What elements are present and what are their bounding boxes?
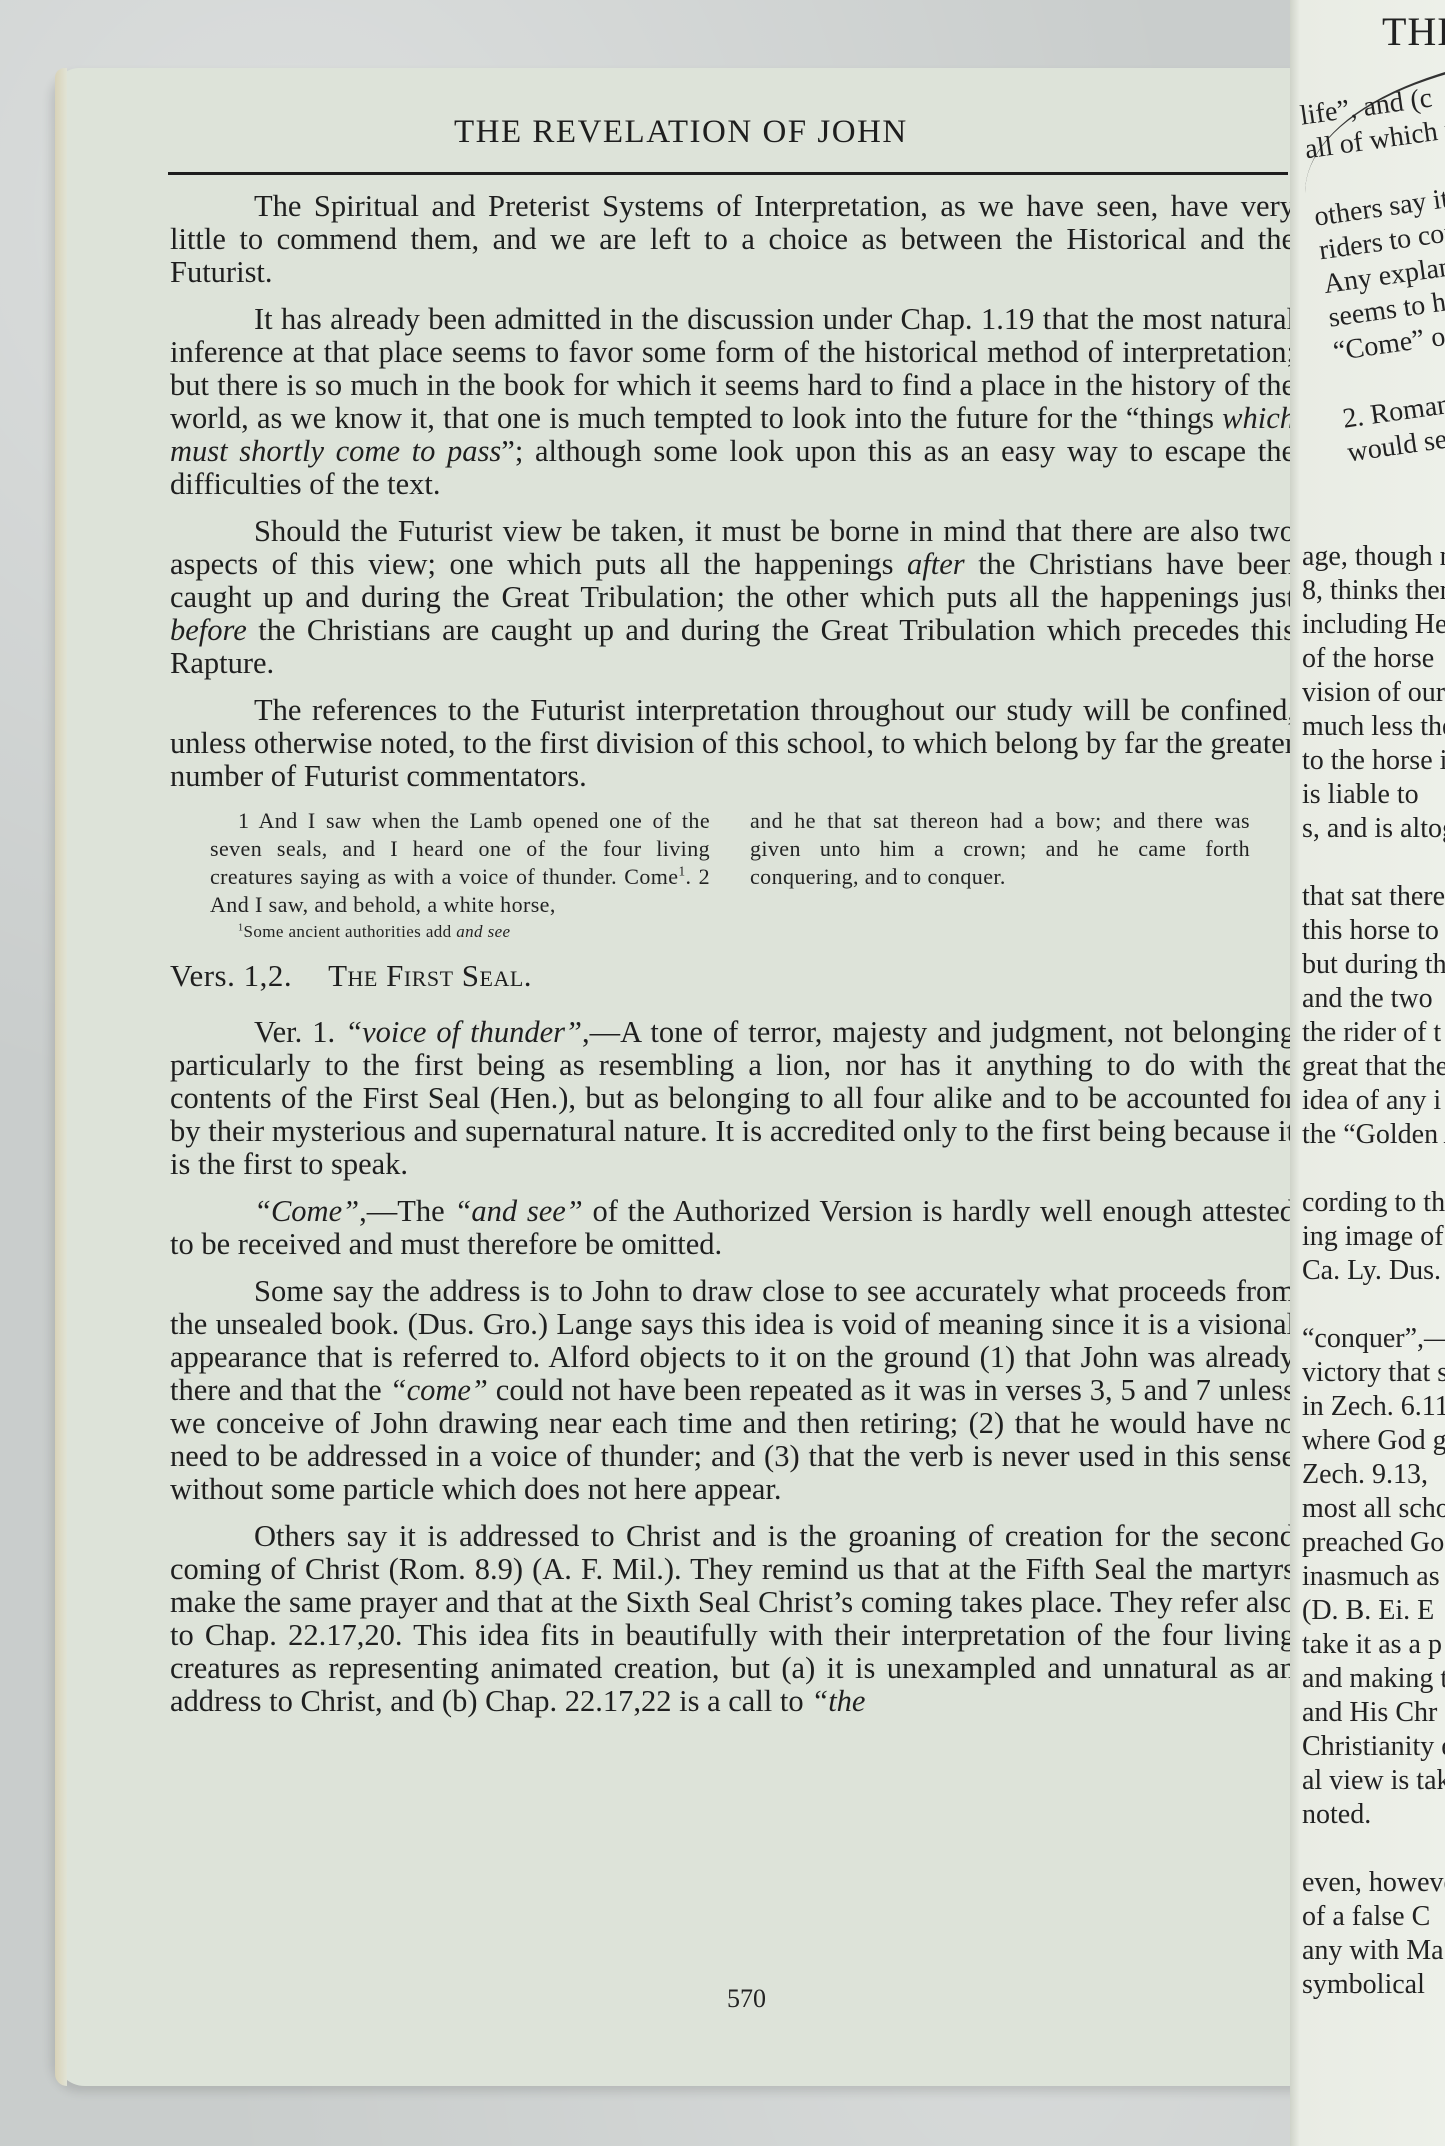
facing-page-line: that sat there bbox=[1302, 880, 1445, 914]
facing-page-line: and His Chr bbox=[1302, 1696, 1445, 1730]
facing-page-line: “conquer”,— bbox=[1302, 1322, 1445, 1356]
facing-page-line: 8, thinks them bbox=[1302, 574, 1445, 608]
italic-word: after bbox=[907, 547, 965, 581]
text-run: Others say it is addressed to Christ and… bbox=[170, 1519, 1295, 1718]
italic-quote: “and see” bbox=[454, 1194, 582, 1228]
italic-quote: “Come” bbox=[254, 1194, 359, 1228]
facing-page-line: the “Golden A bbox=[1302, 1118, 1445, 1152]
facing-page-line: great that they bbox=[1302, 1050, 1445, 1084]
facing-page-line: of the horse bbox=[1302, 642, 1445, 676]
commentary-address-to-christ: Others say it is addressed to Christ and… bbox=[170, 1520, 1295, 1718]
facing-page-line: symbolical bbox=[1302, 1968, 1445, 2002]
facing-page-line: and making th bbox=[1302, 1662, 1445, 1696]
facing-page-line: is liable to bbox=[1302, 778, 1445, 812]
facing-page-line bbox=[1302, 1152, 1445, 1186]
paragraph-references: The references to the Futurist interpret… bbox=[170, 694, 1295, 793]
commentary-come: “Come”,—The “and see” of the Authorized … bbox=[170, 1195, 1295, 1261]
facing-page-line bbox=[1302, 846, 1445, 880]
facing-page-line: noted. bbox=[1302, 1798, 1445, 1832]
facing-page-line: inasmuch as the bbox=[1302, 1560, 1445, 1594]
facing-page-line: al view is take bbox=[1302, 1764, 1445, 1798]
scripture-right-column: and he that sat thereon had a bow; and t… bbox=[750, 807, 1250, 943]
scripture-verse-text: 1 And I saw when the Lamb opened one of … bbox=[210, 807, 710, 919]
facing-page-line: ing image of C bbox=[1302, 1220, 1445, 1254]
text-run: It has already been admitted in the disc… bbox=[170, 302, 1295, 435]
footnote-italic: and see bbox=[456, 922, 510, 941]
facing-page-line: of a false C bbox=[1302, 1900, 1445, 1934]
facing-page-line: the rider of t bbox=[1302, 1016, 1445, 1050]
page-body: The Spiritual and Preterist Systems of I… bbox=[170, 190, 1295, 1732]
facing-page-line: Zech. 9.13, bbox=[1302, 1458, 1445, 1492]
facing-page-running-head: THE bbox=[1382, 8, 1445, 55]
facing-page-line bbox=[1302, 1832, 1445, 1866]
text-run: 1 And I saw when the Lamb opened one of … bbox=[210, 808, 710, 889]
italic-quote: “the bbox=[811, 1684, 865, 1718]
italic-word: before bbox=[170, 613, 247, 647]
commentary-address-to-john: Some say the address is to John to draw … bbox=[170, 1275, 1295, 1506]
facing-page-line: vision of our bbox=[1302, 676, 1445, 710]
facing-page-line: to the horse i bbox=[1302, 744, 1445, 778]
facing-page-line: s, and is altog bbox=[1302, 812, 1445, 846]
page-edge bbox=[55, 68, 67, 2086]
footnote: 1Some ancient authorities add and see bbox=[210, 921, 710, 943]
facing-page-line: idea of any i bbox=[1302, 1084, 1445, 1118]
italic-quote: “come” bbox=[390, 1373, 488, 1407]
facing-page-line: this horse to b bbox=[1302, 914, 1445, 948]
section-heading: Vers. 1,2.The First Seal. bbox=[170, 959, 1295, 992]
facing-page-line: Christianity ex bbox=[1302, 1730, 1445, 1764]
verse-ref: Ver. 1. bbox=[254, 1015, 345, 1049]
facing-page-line: in Zech. 6.11 bbox=[1302, 1390, 1445, 1424]
facing-page-line: most all schol bbox=[1302, 1492, 1445, 1526]
facing-page-lines-top: life”, and (call of which reaothers say … bbox=[1298, 72, 1445, 470]
facing-page-line: but during the bbox=[1302, 948, 1445, 982]
scripture-passage: 1 And I saw when the Lamb opened one of … bbox=[170, 807, 1295, 943]
footnote-text: Some ancient authorities add bbox=[244, 922, 457, 941]
facing-page: THE life”, and (call of which reaothers … bbox=[1290, 0, 1445, 2146]
text-run: ,—The bbox=[359, 1194, 454, 1228]
facing-page-line: even, however bbox=[1302, 1866, 1445, 1900]
section-verses: Vers. 1,2. bbox=[170, 958, 292, 993]
paragraph-systems: The Spiritual and Preterist Systems of I… bbox=[170, 190, 1295, 289]
running-head-title: THE REVELATION OF JOHN bbox=[454, 114, 908, 151]
text-run: the Christians are caught up and during … bbox=[170, 613, 1295, 680]
facing-page-line: Ca. Ly. Dus. bbox=[1302, 1254, 1445, 1288]
facing-page-line: any with Ma bbox=[1302, 1934, 1445, 1968]
facing-page-lines-mid: age, though no8, thinks themincluding He… bbox=[1302, 540, 1445, 2002]
facing-page-line: age, though no bbox=[1302, 540, 1445, 574]
facing-page-line: much less their n bbox=[1302, 710, 1445, 744]
facing-page-line bbox=[1302, 1288, 1445, 1322]
italic-quote: “voice of thunder” bbox=[345, 1015, 582, 1049]
facing-page-line: (D. B. Ei. E bbox=[1302, 1594, 1445, 1628]
facing-page-line: victory that sha bbox=[1302, 1356, 1445, 1390]
scripture-left-column: 1 And I saw when the Lamb opened one of … bbox=[170, 807, 710, 943]
commentary-voice-of-thunder: Ver. 1. “voice of thunder”,—A tone of te… bbox=[170, 1016, 1295, 1181]
running-head: THE REVELATION OF JOHN bbox=[168, 108, 1288, 175]
facing-page-line: including Heng bbox=[1302, 608, 1445, 642]
facing-page-line: and the two bbox=[1302, 982, 1445, 1016]
section-title: The First Seal. bbox=[328, 958, 532, 993]
facing-page-line: where God g bbox=[1302, 1424, 1445, 1458]
paragraph-futurist: Should the Futurist view be taken, it mu… bbox=[170, 515, 1295, 680]
page-number: 570 bbox=[727, 1984, 766, 2014]
facing-page-line: cording to the bbox=[1302, 1186, 1445, 1220]
paragraph-historical: It has already been admitted in the disc… bbox=[170, 303, 1295, 501]
facing-page-line: take it as a p bbox=[1302, 1628, 1445, 1662]
facing-page-line: preached Gosp bbox=[1302, 1526, 1445, 1560]
